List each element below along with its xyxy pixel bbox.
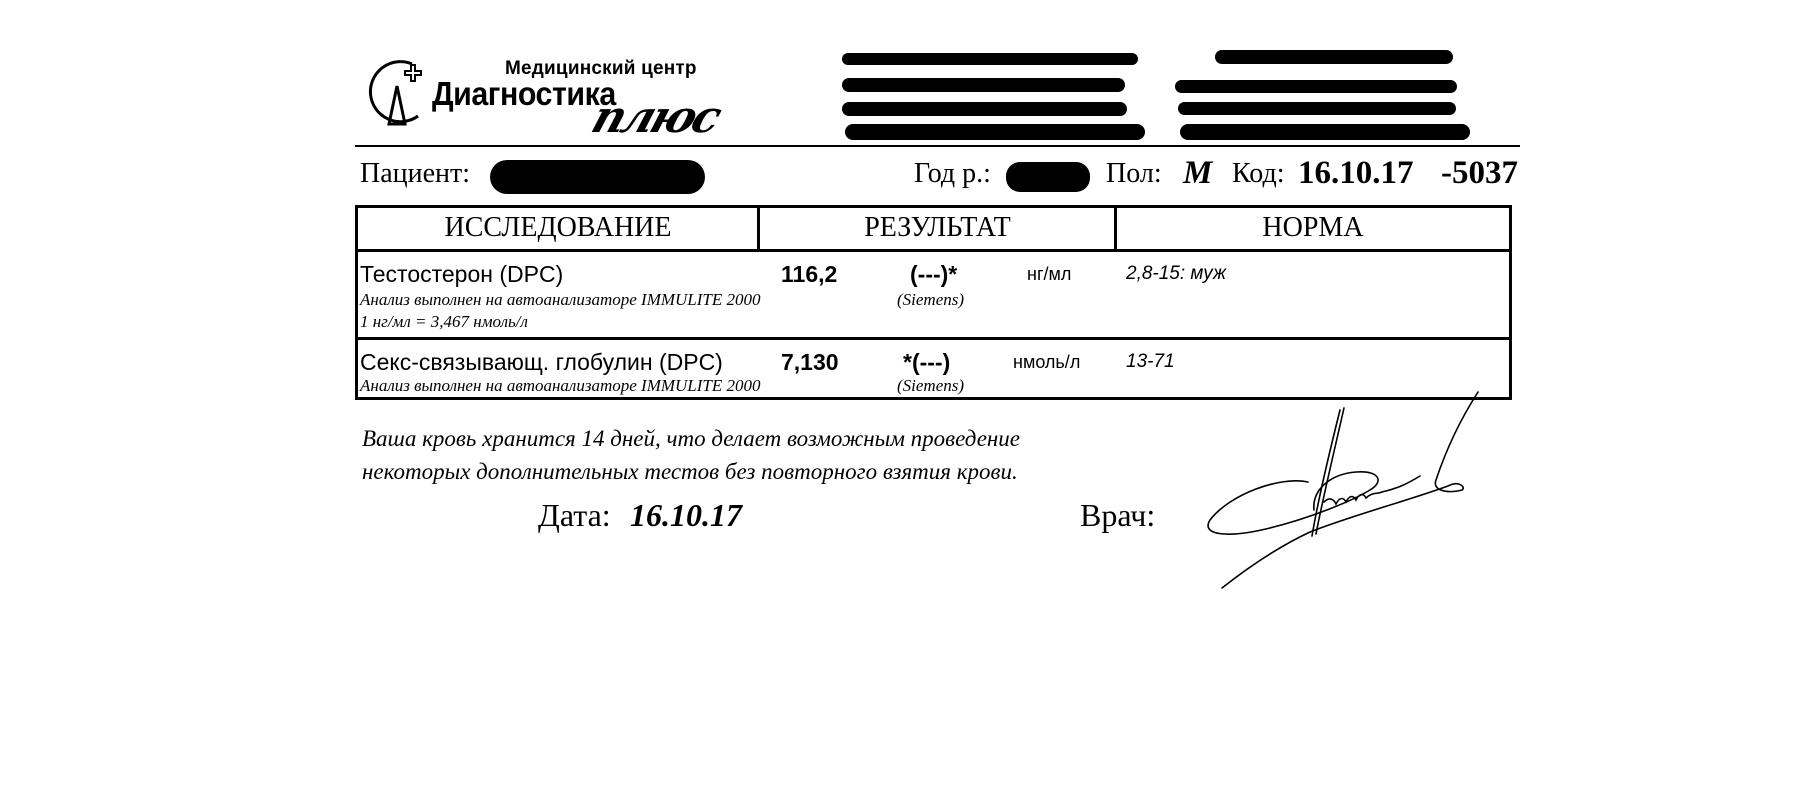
result-value: 7,130 xyxy=(781,349,839,376)
reference-range: 13-71 xyxy=(1126,351,1175,373)
sex-value: М xyxy=(1183,155,1212,192)
column-header-test: ИССЛЕДОВАНИЕ xyxy=(358,205,758,250)
sex-label: Пол: xyxy=(1106,158,1162,190)
code-date: 16.10.17 xyxy=(1298,155,1414,192)
result-value: 116,2 xyxy=(781,261,837,288)
delta-cross-logo-icon xyxy=(366,56,436,146)
birth-year-label: Год р.: xyxy=(914,158,991,190)
date-value: 16.10.17 xyxy=(630,497,742,534)
doctor-label: Врач: xyxy=(1080,497,1155,534)
result-flag: (---)* xyxy=(910,261,957,288)
storage-note-line1: Ваша кровь хранится 14 дней, что делает … xyxy=(362,426,1020,452)
reference-range: 2,8-15: муж xyxy=(1126,263,1226,285)
header-divider xyxy=(355,145,1520,147)
code-number: -5037 xyxy=(1441,155,1518,192)
patient-name-redacted xyxy=(490,160,705,194)
test-conversion-note: 1 нг/мл = 3,467 нмоль/л xyxy=(360,312,528,332)
signature-icon xyxy=(1200,390,1500,600)
analyzer-vendor: (Siemens) xyxy=(897,290,964,310)
date-label: Дата: xyxy=(538,497,611,534)
result-unit: нмоль/л xyxy=(1013,352,1080,373)
test-note: Анализ выполнен на автоанализаторе IMMUL… xyxy=(360,290,761,310)
logo-name: Диагностика xyxy=(432,75,616,113)
test-note: Анализ выполнен на автоанализаторе IMMUL… xyxy=(360,376,761,396)
code-label: Код: xyxy=(1232,158,1285,190)
result-flag: *(---) xyxy=(903,349,950,376)
patient-name-label: Пациент: xyxy=(360,158,470,190)
test-name: Тестостерон (DPC) xyxy=(360,261,563,288)
result-unit: нг/мл xyxy=(1027,264,1071,285)
birth-year-redacted xyxy=(1006,162,1090,192)
column-header-norm: НОРМА xyxy=(1117,205,1509,250)
results-table: ИССЛЕДОВАНИЕ РЕЗУЛЬТАТ НОРМА Тестостерон… xyxy=(355,205,1512,400)
analyzer-vendor: (Siemens) xyxy=(897,376,964,396)
storage-note-line2: некоторых дополнительных тестов без повт… xyxy=(362,459,1018,485)
test-name: Секс-связывающ. глобулин (DPC) xyxy=(360,349,723,376)
clinic-logo: Медицинский центр Диагностика плюс xyxy=(366,56,726,146)
logo-script: плюс xyxy=(586,92,726,143)
column-header-result: РЕЗУЛЬТАТ xyxy=(760,205,1115,250)
